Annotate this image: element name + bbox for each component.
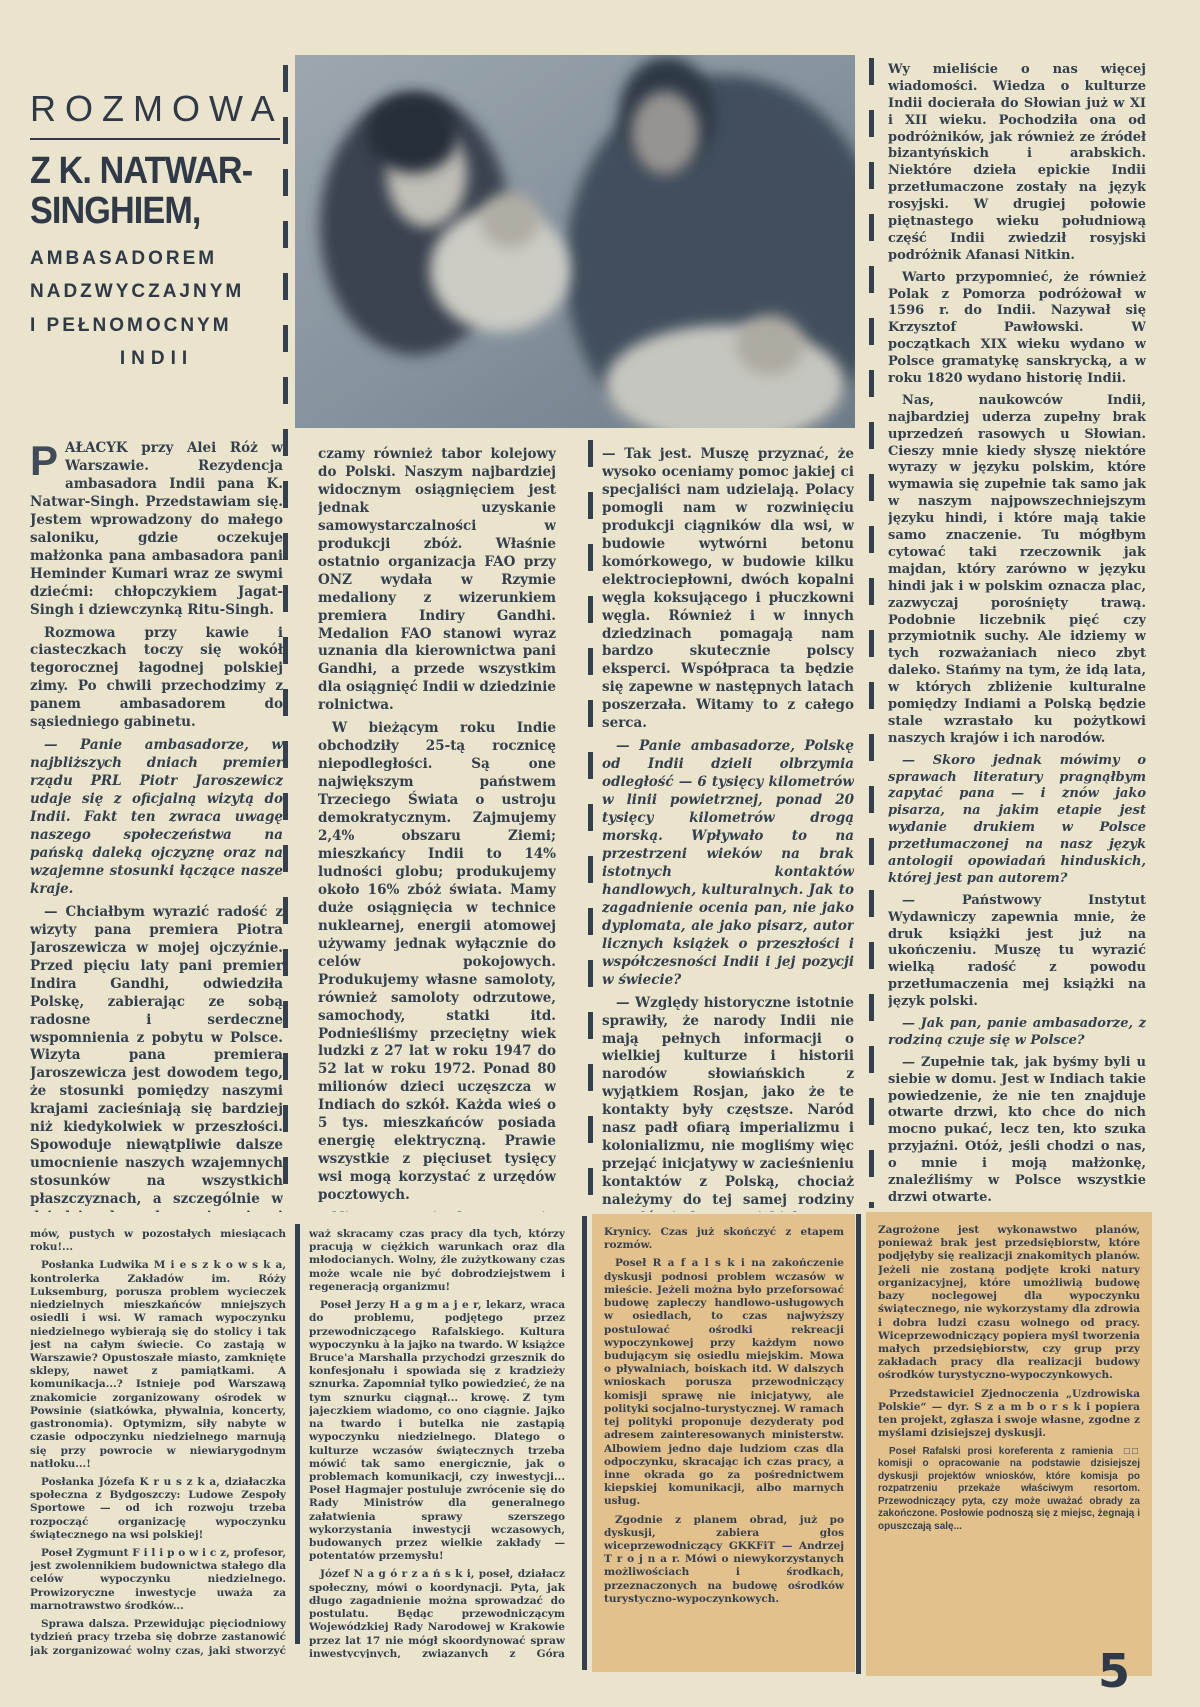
paragraph-question: — Jak pan, panie ambasadorze, z rodziną … (888, 1016, 1146, 1050)
paragraph: Posłanka Józefa K r u s z k a, działaczk… (30, 1476, 286, 1542)
paragraph: Nie twierdzę, że rozwiązaliśmy wszystkie… (318, 1210, 556, 1212)
column-rule-dashed (869, 58, 874, 1208)
page-number: 5 (1098, 1644, 1130, 1698)
paragraph: Józef N a g ó r z a ń s k i, poseł, dzia… (309, 1568, 565, 1658)
paragraph-question: — Panie ambasadorze, w najbliższych dnia… (30, 737, 283, 899)
paragraph: czamy również tabor kolejowy do Polski. … (318, 446, 556, 715)
interview-column-1: PAŁACYK przy Alei Róż w Warszawie. Rezyd… (30, 440, 283, 1212)
subtitle-line: NADZWYCZAJNYM (30, 275, 283, 308)
paragraph: — Tak jest. Muszę przyznać, że wysoko oc… (602, 446, 854, 733)
article-title-line2: SINGHIEM, (30, 192, 291, 232)
column-rule-dashed (283, 65, 288, 1207)
paragraph: — Względy historyczne istotnie sprawiły,… (602, 995, 854, 1212)
paragraph: — Państwowy Instytut Wydawniczy zapewnia… (888, 893, 1146, 1011)
paragraph: Wy mieliście o nas więcej wiadomości. Wi… (888, 62, 1146, 265)
paragraph: Zgodnie z planem obrad, już po dyskusji,… (604, 1514, 844, 1607)
article-title-line1: Z K. NATWAR- (30, 152, 291, 192)
magazine-page: ROZMOWA Z K. NATWAR- SINGHIEM, AMBASADOR… (0, 0, 1200, 1707)
paragraph: Warto przypomnieć, że również Polak z Po… (888, 270, 1146, 388)
paragraph: □□Poseł Rafalski prosi koreferenta z ram… (878, 1446, 1140, 1534)
session-column-4: Zagrożone jest wykonawstwo planów, ponie… (878, 1224, 1140, 1668)
column-rule-dashed (588, 440, 593, 1208)
paragraph: Sprawa dalsza. Przewidując pięciodniowy … (30, 1618, 286, 1658)
paragraph: Rozmowa przy kawie i ciasteczkach toczy … (30, 625, 283, 733)
session-column-2: waż skracamy czas pracy dla tych, którzy… (309, 1228, 565, 1658)
family-portrait-photo (295, 55, 855, 428)
paragraph: — Chciałbym wyrazić radość z wizyty pana… (30, 904, 283, 1212)
paragraph-question: — Skoro jednak mówimy o sprawach literat… (888, 753, 1146, 888)
column-rule-solid (582, 1216, 587, 1670)
end-of-article-mark: □□ (1113, 1446, 1140, 1459)
paragraph: PAŁACYK przy Alei Róż w Warszawie. Rezyd… (30, 440, 283, 620)
session-column-1: mów, pustych w pozostałych miesiącach ro… (30, 1228, 286, 1658)
subtitle-line: I PEŁNOMOCNYM (30, 309, 283, 342)
column-rule-solid (856, 1214, 861, 1674)
paragraph: Zagrożone jest wykonawstwo planów, ponie… (878, 1224, 1140, 1383)
paragraph: Nas, naukowców Indii, najbardziej uderza… (888, 393, 1146, 748)
paragraph: Poseł Jerzy H a g m a j e r, lekarz, wra… (309, 1299, 565, 1563)
paragraph: Poseł Zygmunt F i l i p o w i c z, profe… (30, 1547, 286, 1613)
subtitle-line: AMBASADOREM (30, 242, 283, 275)
paragraph: Krynicy. Czas już skończyć z etapem rozm… (604, 1226, 844, 1252)
paragraph: Przedstawiciel Zjednoczenia „Uzdrowiska … (878, 1388, 1140, 1441)
session-column-3: Krynicy. Czas już skończyć z etapem rozm… (604, 1226, 844, 1662)
interview-column-4: Wy mieliście o nas więcej wiadomości. Wi… (888, 62, 1146, 1210)
paragraph: W bieżącym roku Indie obchodziły 25-tą r… (318, 720, 556, 1205)
section-kicker: ROZMOWA (30, 88, 280, 140)
interview-column-3: — Tak jest. Muszę przyznać, że wysoko oc… (602, 446, 854, 1212)
article-title: Z K. NATWAR- SINGHIEM, (30, 152, 291, 231)
paragraph: Posłanka Ludwika M i e s z k o w s k a, … (30, 1259, 286, 1471)
paragraph: waż skracamy czas pracy dla tych, którzy… (309, 1228, 565, 1294)
paragraph: — Zupełnie tak, jak byśmy byli u siebie … (888, 1055, 1146, 1207)
interview-column-2: czamy również tabor kolejowy do Polski. … (318, 446, 556, 1212)
subtitle-line: INDII (30, 342, 283, 375)
drop-cap: P (30, 440, 65, 478)
article-subtitle: AMBASADOREM NADZWYCZAJNYM I PEŁNOMOCNYM … (30, 242, 283, 375)
photo-illustration (295, 55, 855, 428)
paragraph: mów, pustych w pozostałych miesiącach ro… (30, 1228, 286, 1254)
paragraph: Poseł R a f a l s k i na zakończenie dys… (604, 1257, 844, 1508)
paragraph-question: — Panie ambasadorze, Polskę od Indii dzi… (602, 738, 854, 989)
column-rule-solid (295, 1224, 300, 1644)
